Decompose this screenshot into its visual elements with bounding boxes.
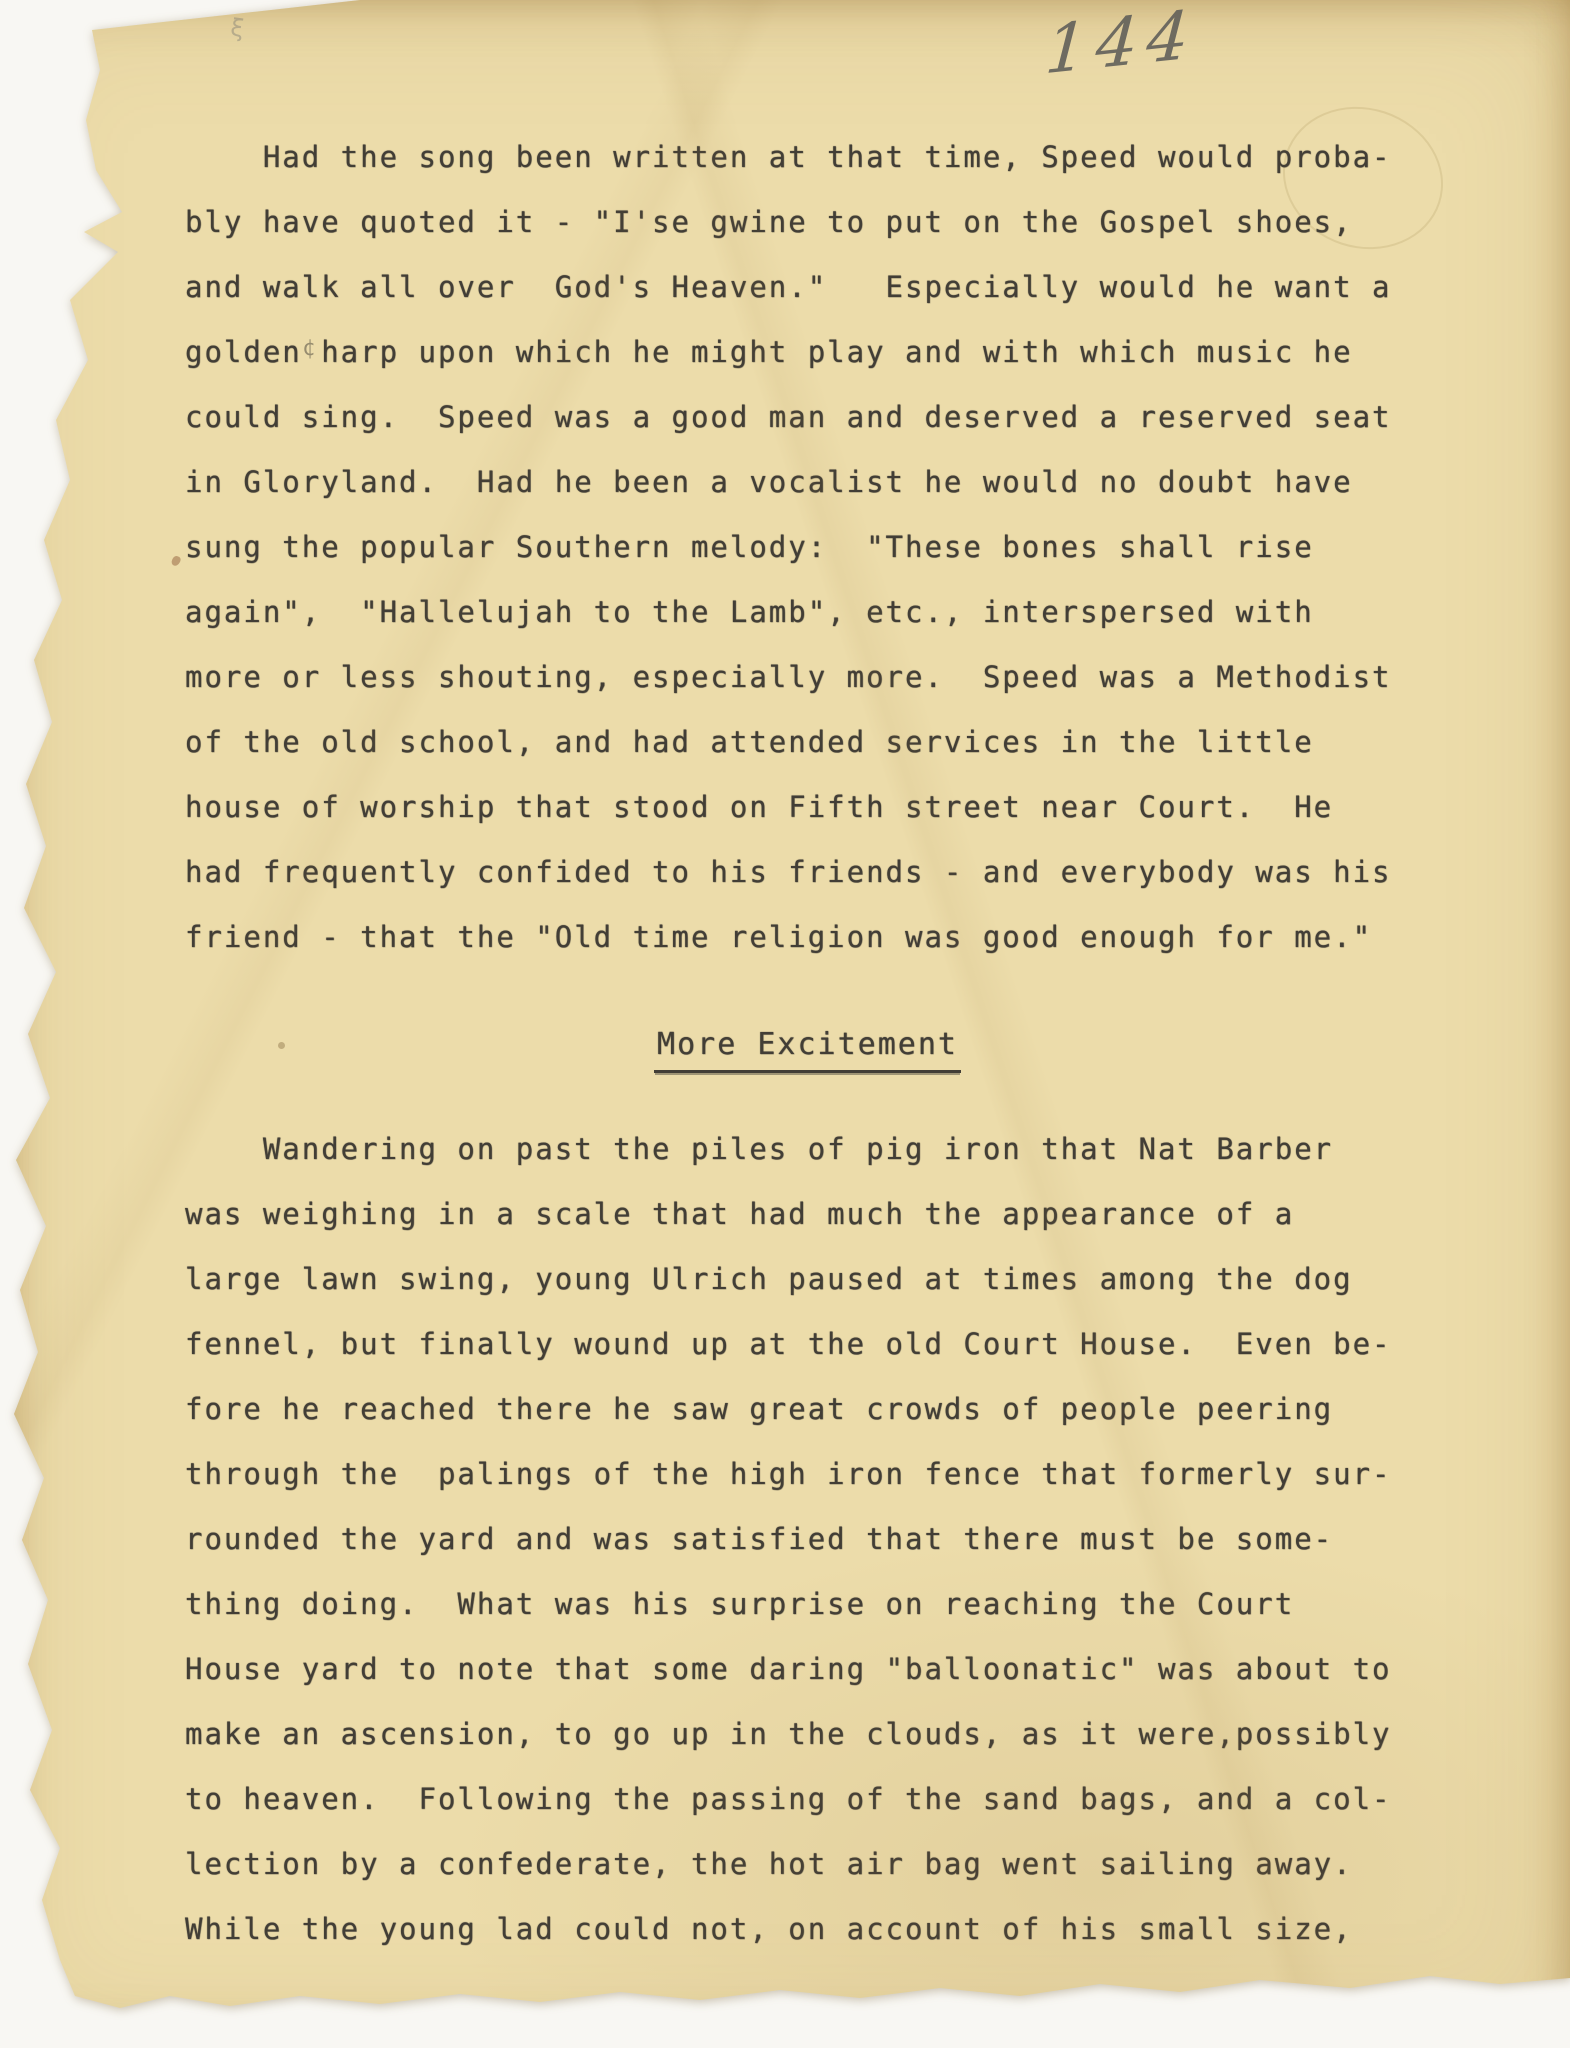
text-line: make an ascension, to go up in the cloud… xyxy=(185,1702,1445,1767)
text-line: more or less shouting, especially more. … xyxy=(185,645,1445,710)
manuscript-page: 144 ξ Had the song been written at that … xyxy=(0,0,1570,2048)
text-line: While the young lad could not, on accoun… xyxy=(185,1897,1445,1962)
text-line: fennel, but finally wound up at the old … xyxy=(185,1312,1445,1377)
text-line: thing doing. What was his surprise on re… xyxy=(185,1572,1445,1637)
section-heading-text: More Excitement xyxy=(654,1025,961,1073)
paragraph-1: Had the song been written at that time, … xyxy=(185,125,1445,970)
text-line: and walk all over God's Heaven." Especia… xyxy=(185,255,1445,320)
text-line: had frequently confided to his friends -… xyxy=(185,840,1445,905)
text-line: large lawn swing, young Ulrich paused at… xyxy=(185,1247,1445,1312)
text-line: fore he reached there he saw great crowd… xyxy=(185,1377,1445,1442)
text-line: house of worship that stood on Fifth str… xyxy=(185,775,1445,840)
text-line: could sing. Speed was a good man and des… xyxy=(185,385,1445,450)
paper-fleck xyxy=(170,555,181,567)
text-line: rounded the yard and was satisfied that … xyxy=(185,1507,1445,1572)
section-heading: More Excitement xyxy=(185,1012,1430,1077)
text-line: through the palings of the high iron fen… xyxy=(185,1442,1445,1507)
typo-correction-mark: ¢ xyxy=(302,336,315,361)
paragraph-2: Wandering on past the piles of pig iron … xyxy=(185,1117,1445,1962)
text-line: again", "Hallelujah to the Lamb", etc., … xyxy=(185,580,1445,645)
handwritten-page-number: 144 xyxy=(1043,0,1201,89)
text-line: golden harp upon which he might play and… xyxy=(185,320,1445,385)
text-line: House yard to note that some daring "bal… xyxy=(185,1637,1445,1702)
text-line: lection by a confederate, the hot air ba… xyxy=(185,1832,1445,1897)
scanned-document-screenshot: { "page_number": "144", "colors": { "pap… xyxy=(0,0,1570,2048)
text-line: was weighing in a scale that had much th… xyxy=(185,1182,1445,1247)
text-line: of the old school, and had attended serv… xyxy=(185,710,1445,775)
paper-wrapper: 144 ξ Had the song been written at that … xyxy=(0,0,1570,2048)
text-line: sung the popular Southern melody: "These… xyxy=(185,515,1445,580)
text-line: to heaven. Following the passing of the … xyxy=(185,1767,1445,1832)
text-line: Had the song been written at that time, … xyxy=(185,125,1445,190)
text-line: friend - that the "Old time religion was… xyxy=(185,905,1445,970)
stray-pencil-mark: ξ xyxy=(228,13,246,43)
text-line: in Gloryland. Had he been a vocalist he … xyxy=(185,450,1445,515)
text-line: Wandering on past the piles of pig iron … xyxy=(185,1117,1445,1182)
text-line: bly have quoted it - "I'se gwine to put … xyxy=(185,190,1445,255)
